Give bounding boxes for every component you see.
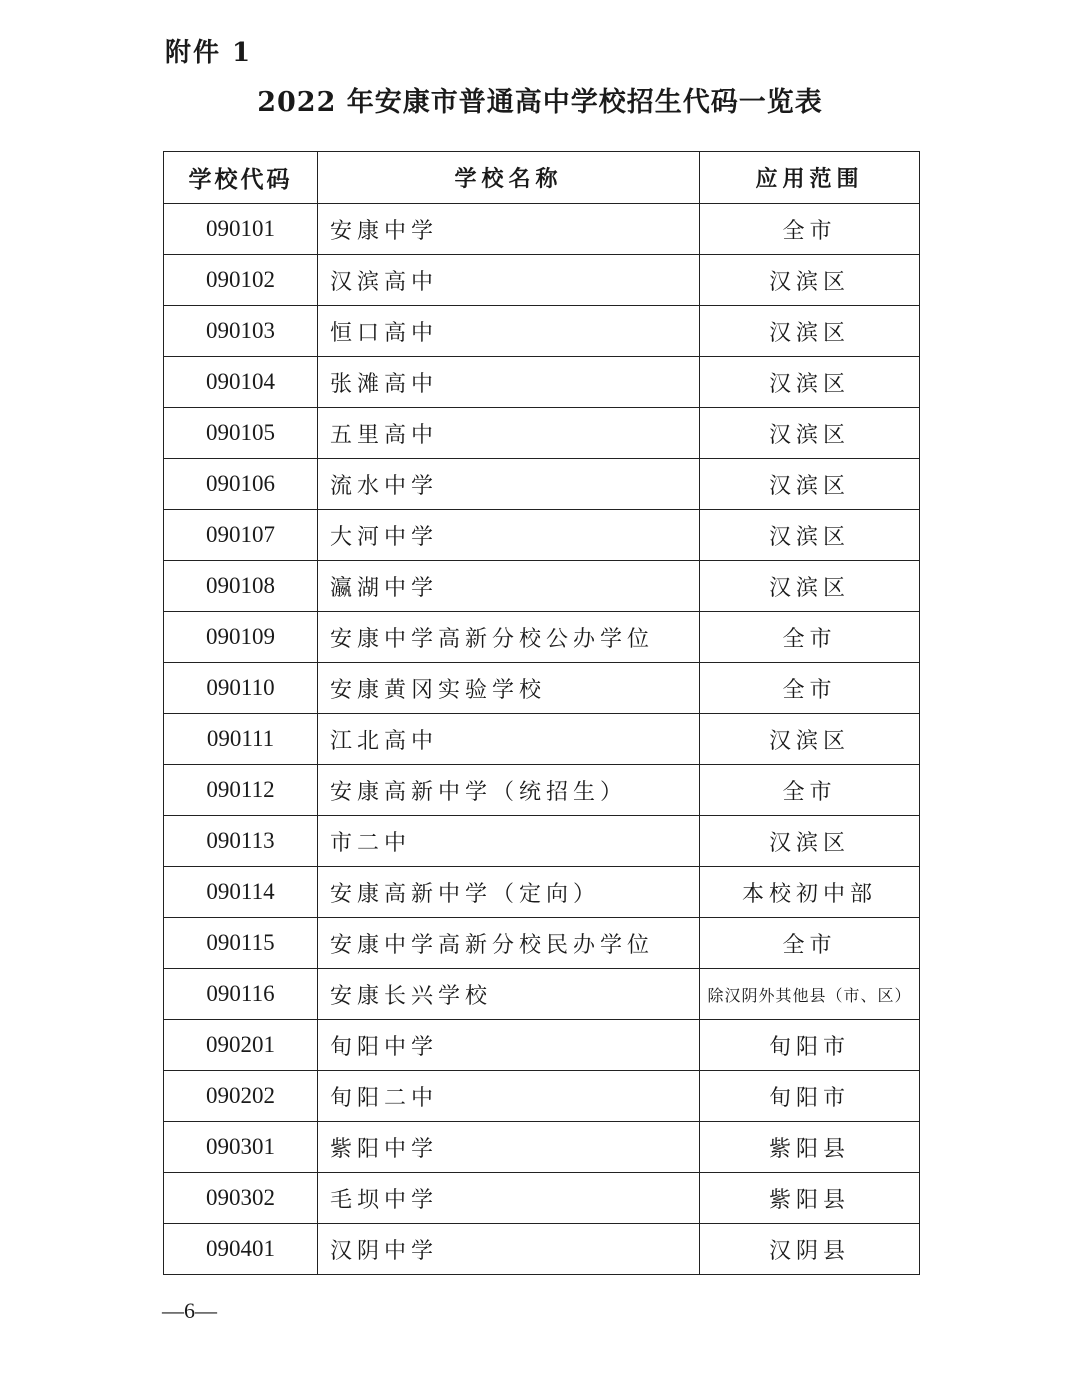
table-row: 090401汉阴中学汉阴县 [164,1224,920,1275]
table-row: 090115安康中学高新分校民办学位全市 [164,918,920,969]
school-name-cell: 紫阳中学 [318,1122,700,1173]
school-code-cell: 090301 [164,1122,318,1173]
scope-cell: 旬阳市 [700,1071,920,1122]
school-code-table: 学校代码 学校名称 应用范围 090101安康中学全市090102汉滨高中汉滨区… [163,151,920,1275]
scope-cell: 汉滨区 [700,357,920,408]
table-row: 090116安康长兴学校除汉阴外其他县（市、区） [164,969,920,1020]
school-code-cell: 090116 [164,969,318,1020]
school-code-cell: 090201 [164,1020,318,1071]
table-row: 090105五里高中汉滨区 [164,408,920,459]
school-name-cell: 五里高中 [318,408,700,459]
scope-cell: 汉滨区 [700,816,920,867]
table-row: 090102汉滨高中汉滨区 [164,255,920,306]
table-row: 090101安康中学全市 [164,204,920,255]
scope-cell: 汉滨区 [700,459,920,510]
school-code-cell: 090103 [164,306,318,357]
table-row: 090113市二中汉滨区 [164,816,920,867]
school-code-cell: 090101 [164,204,318,255]
table-header-row: 学校代码 学校名称 应用范围 [164,152,920,204]
school-code-cell: 090105 [164,408,318,459]
table-row: 090112安康高新中学（统招生）全市 [164,765,920,816]
scope-cell: 汉滨区 [700,714,920,765]
document-title: 2022 年安康市普通高中学校招生代码一览表 [0,80,1080,119]
table-row: 090107大河中学汉滨区 [164,510,920,561]
table-row: 090201旬阳中学旬阳市 [164,1020,920,1071]
school-name-cell: 汉滨高中 [318,255,700,306]
school-name-cell: 毛坝中学 [318,1173,700,1224]
table-row: 090106流水中学汉滨区 [164,459,920,510]
scope-cell: 汉滨区 [700,510,920,561]
school-code-cell: 090401 [164,1224,318,1275]
table-row: 090110安康黄冈实验学校全市 [164,663,920,714]
header-scope: 应用范围 [700,152,920,204]
scope-cell: 全市 [700,612,920,663]
school-name-cell: 瀛湖中学 [318,561,700,612]
scope-cell: 本校初中部 [700,867,920,918]
school-code-cell: 090114 [164,867,318,918]
school-code-cell: 090202 [164,1071,318,1122]
school-name-cell: 安康高新中学（统招生） [318,765,700,816]
school-name-cell: 旬阳中学 [318,1020,700,1071]
school-name-cell: 安康中学 [318,204,700,255]
table-row: 090109安康中学高新分校公办学位全市 [164,612,920,663]
page-number: —6— [162,1298,217,1324]
school-code-cell: 090302 [164,1173,318,1224]
table-row: 090111江北高中汉滨区 [164,714,920,765]
school-code-cell: 090104 [164,357,318,408]
school-name-cell: 安康高新中学（定向） [318,867,700,918]
school-code-cell: 090111 [164,714,318,765]
school-code-cell: 090112 [164,765,318,816]
table-row: 090104张滩高中汉滨区 [164,357,920,408]
scope-cell: 全市 [700,918,920,969]
school-name-cell: 张滩高中 [318,357,700,408]
scope-cell: 汉滨区 [700,255,920,306]
school-code-cell: 090107 [164,510,318,561]
table-row: 090114安康高新中学（定向）本校初中部 [164,867,920,918]
school-code-cell: 090106 [164,459,318,510]
school-code-cell: 090115 [164,918,318,969]
header-school-name: 学校名称 [318,152,700,204]
school-code-cell: 090108 [164,561,318,612]
scope-cell: 旬阳市 [700,1020,920,1071]
school-code-cell: 090109 [164,612,318,663]
scope-cell: 汉滨区 [700,306,920,357]
table-row: 090301紫阳中学紫阳县 [164,1122,920,1173]
school-name-cell: 汉阴中学 [318,1224,700,1275]
school-code-cell: 090113 [164,816,318,867]
school-name-cell: 江北高中 [318,714,700,765]
school-name-cell: 市二中 [318,816,700,867]
attachment-label: 附件 1 [165,32,252,69]
table-row: 090202旬阳二中旬阳市 [164,1071,920,1122]
header-school-code: 学校代码 [164,152,318,204]
table-row: 090103恒口高中汉滨区 [164,306,920,357]
school-name-cell: 安康中学高新分校民办学位 [318,918,700,969]
scope-cell: 汉滨区 [700,408,920,459]
scope-cell: 紫阳县 [700,1173,920,1224]
school-code-cell: 090110 [164,663,318,714]
school-name-cell: 安康黄冈实验学校 [318,663,700,714]
school-name-cell: 安康中学高新分校公办学位 [318,612,700,663]
school-name-cell: 旬阳二中 [318,1071,700,1122]
scope-cell: 汉阴县 [700,1224,920,1275]
scope-cell: 全市 [700,663,920,714]
table-row: 090302毛坝中学紫阳县 [164,1173,920,1224]
school-code-cell: 090102 [164,255,318,306]
school-name-cell: 安康长兴学校 [318,969,700,1020]
school-name-cell: 恒口高中 [318,306,700,357]
scope-cell: 汉滨区 [700,561,920,612]
school-name-cell: 流水中学 [318,459,700,510]
scope-cell: 全市 [700,204,920,255]
school-name-cell: 大河中学 [318,510,700,561]
scope-cell: 紫阳县 [700,1122,920,1173]
scope-cell: 除汉阴外其他县（市、区） [700,969,920,1020]
table-row: 090108瀛湖中学汉滨区 [164,561,920,612]
scope-cell: 全市 [700,765,920,816]
